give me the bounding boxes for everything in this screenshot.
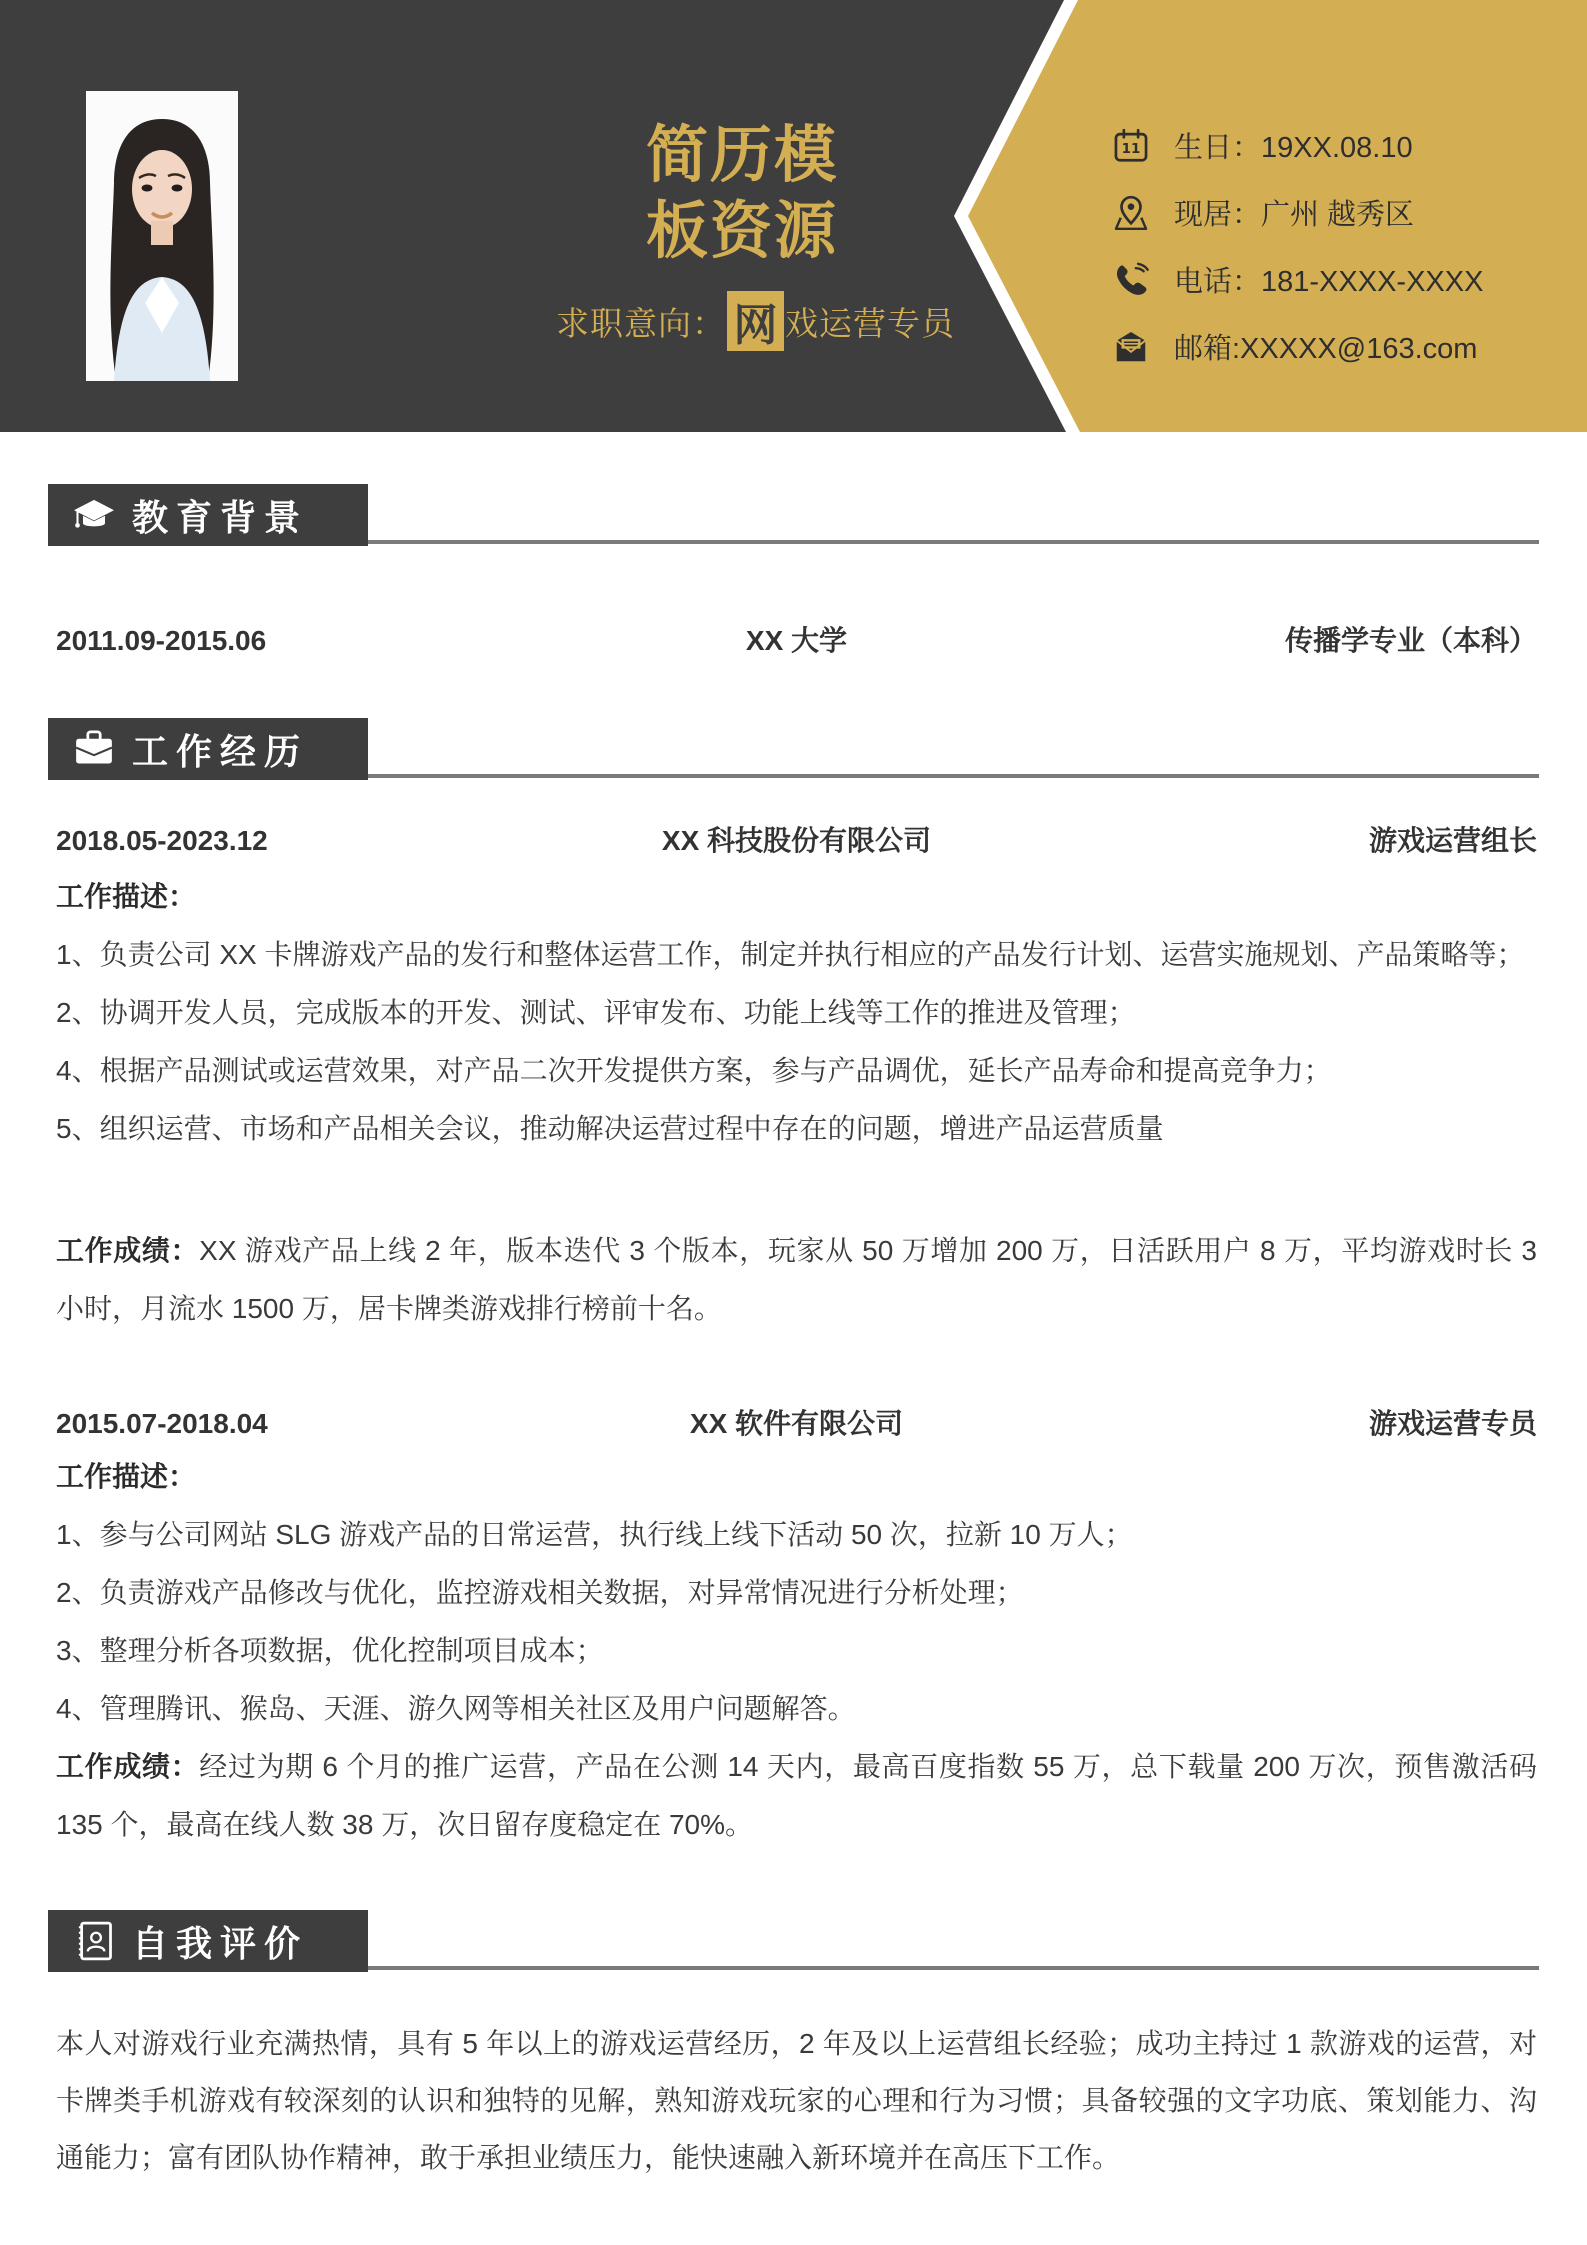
- job-date: 2015.07-2018.04: [56, 1395, 545, 1452]
- site-title: 简历模 板资源: [592, 118, 892, 270]
- header: 简历模 板资源 求职意向： 网 戏运营专员 11 生日：19XX.08.10: [0, 0, 1587, 432]
- contact-row-email: 邮箱:XXXXX@163.com: [1112, 313, 1483, 380]
- contact-list: 11 生日：19XX.08.10 现居：广州 越秀区: [1112, 112, 1483, 380]
- contact-email: 邮箱:XXXXX@163.com: [1174, 326, 1477, 367]
- contact-location: 现居：广州 越秀区: [1174, 192, 1414, 233]
- job-company: XX 软件有限公司: [545, 1395, 1049, 1452]
- job-desc-heading: 工作描述：: [56, 868, 1537, 926]
- education-school: XX 大学: [545, 612, 1049, 669]
- contact-book-icon: [72, 1919, 116, 1963]
- briefcase-icon: [72, 727, 116, 771]
- education-row: 2011.09-2015.06 XX 大学 传播学专业（本科）: [56, 612, 1537, 669]
- job-company: XX 科技股份有限公司: [545, 812, 1049, 869]
- job-results-text: XX 游戏产品上线 2 年，版本迭代 3 个版本，玩家从 50 万增加 200 …: [56, 1235, 1537, 1324]
- job-desc-item: 3、整理分析各项数据，优化控制项目成本；: [56, 1622, 1537, 1680]
- job-desc-item: 4、根据产品测试或运营效果，对产品二次开发提供方案，参与产品调优，延长产品寿命和…: [56, 1042, 1537, 1100]
- job-desc-items: 1、参与公司网站 SLG 游戏产品的日常运营，执行线上线下活动 50 次，拉新 …: [56, 1506, 1537, 1738]
- section-education-header: 教育背景: [48, 484, 1539, 546]
- section-bar-education: 教育背景: [48, 484, 368, 546]
- job-intent-label: 求职意向：: [556, 298, 726, 345]
- section-bar-work: 工作经历: [48, 718, 368, 780]
- job-results-text: 经过为期 6 个月的推广运营，产品在公测 14 天内，最高百度指数 55 万，总…: [56, 1751, 1537, 1840]
- profile-photo: [86, 91, 238, 381]
- section-rule: [352, 774, 1539, 778]
- job-desc-label: 工作描述：: [56, 1461, 196, 1492]
- job-row: 2018.05-2023.12 XX 科技股份有限公司 游戏运营组长: [56, 812, 1537, 869]
- contact-row-birthday: 11 生日：19XX.08.10: [1112, 112, 1483, 179]
- site-title-line2: 板资源: [592, 194, 892, 270]
- job-results: 工作成绩：经过为期 6 个月的推广运营，产品在公测 14 天内，最高百度指数 5…: [56, 1738, 1537, 1854]
- portrait-illustration: [86, 91, 238, 381]
- site-title-line1: 简历模: [592, 118, 892, 194]
- section-self-eval-header: 自我评价: [48, 1910, 1539, 1972]
- job-desc-item: 4、管理腾讯、猴岛、天涯、游久网等相关社区及用户问题解答。: [56, 1680, 1537, 1738]
- section-work-header: 工作经历: [48, 718, 1539, 780]
- section-title-self-eval: 自我评价: [132, 1916, 308, 1967]
- job-desc-item: 5、组织运营、市场和产品相关会议，推动解决运营过程中存在的问题，增进产品运营质量: [56, 1100, 1537, 1158]
- job-results: 工作成绩：XX 游戏产品上线 2 年，版本迭代 3 个版本，玩家从 50 万增加…: [56, 1222, 1537, 1338]
- job-desc-heading: 工作描述：: [56, 1448, 1537, 1506]
- graduation-cap-icon: [72, 493, 116, 537]
- resume-page: 简历模 板资源 求职意向： 网 戏运营专员 11 生日：19XX.08.10: [0, 0, 1587, 2245]
- contact-phone: 电话：181-XXXX-XXXX: [1174, 259, 1483, 300]
- job-desc-items: 1、负责公司 XX 卡牌游戏产品的发行和整体运营工作，制定并执行相应的产品发行计…: [56, 926, 1537, 1158]
- contact-row-phone: 电话：181-XXXX-XXXX: [1112, 246, 1483, 313]
- job-desc-item: 1、负责公司 XX 卡牌游戏产品的发行和整体运营工作，制定并执行相应的产品发行计…: [56, 926, 1537, 984]
- self-evaluation: 本人对游戏行业充满热情，具有 5 年以上的游戏运营经历，2 年及以上运营组长经验…: [56, 2015, 1537, 2186]
- section-title-work: 工作经历: [132, 724, 308, 775]
- location-icon: [1112, 193, 1150, 233]
- self-evaluation-text: 本人对游戏行业充满热情，具有 5 年以上的游戏运营经历，2 年及以上运营组长经验…: [56, 2015, 1537, 2186]
- contact-row-location: 现居：广州 越秀区: [1112, 179, 1483, 246]
- job-results-label: 工作成绩：: [56, 1751, 199, 1782]
- education-date: 2011.09-2015.06: [56, 612, 545, 669]
- section-rule: [352, 1966, 1539, 1970]
- job-date: 2018.05-2023.12: [56, 812, 545, 869]
- section-title-education: 教育背景: [132, 490, 308, 541]
- calendar-icon: 11: [1112, 126, 1150, 166]
- job-role: 游戏运营专员: [1048, 1395, 1537, 1452]
- job-intent-value: 戏运营专员: [785, 298, 955, 345]
- job-role: 游戏运营组长: [1048, 812, 1537, 869]
- job-desc-item: 1、参与公司网站 SLG 游戏产品的日常运营，执行线上线下活动 50 次，拉新 …: [56, 1506, 1537, 1564]
- email-icon: [1112, 327, 1150, 367]
- job-desc-item: 2、负责游戏产品修改与优化，监控游戏相关数据，对异常情况进行分析处理；: [56, 1564, 1537, 1622]
- section-rule: [352, 540, 1539, 544]
- job-desc-item: 2、协调开发人员，完成版本的开发、测试、评审发布、功能上线等工作的推进及管理；: [56, 984, 1537, 1042]
- section-bar-self-eval: 自我评价: [48, 1910, 368, 1972]
- job-row: 2015.07-2018.04 XX 软件有限公司 游戏运营专员: [56, 1395, 1537, 1452]
- svg-text:11: 11: [1122, 142, 1141, 157]
- contact-birthday: 生日：19XX.08.10: [1174, 125, 1413, 166]
- job-desc-label: 工作描述：: [56, 881, 196, 912]
- job-intent: 求职意向： 网 戏运营专员: [556, 288, 955, 354]
- education-major: 传播学专业（本科）: [1048, 612, 1537, 669]
- site-logo-badge: 网: [727, 291, 784, 351]
- job-results-label: 工作成绩：: [56, 1235, 199, 1266]
- phone-icon: [1112, 260, 1150, 300]
